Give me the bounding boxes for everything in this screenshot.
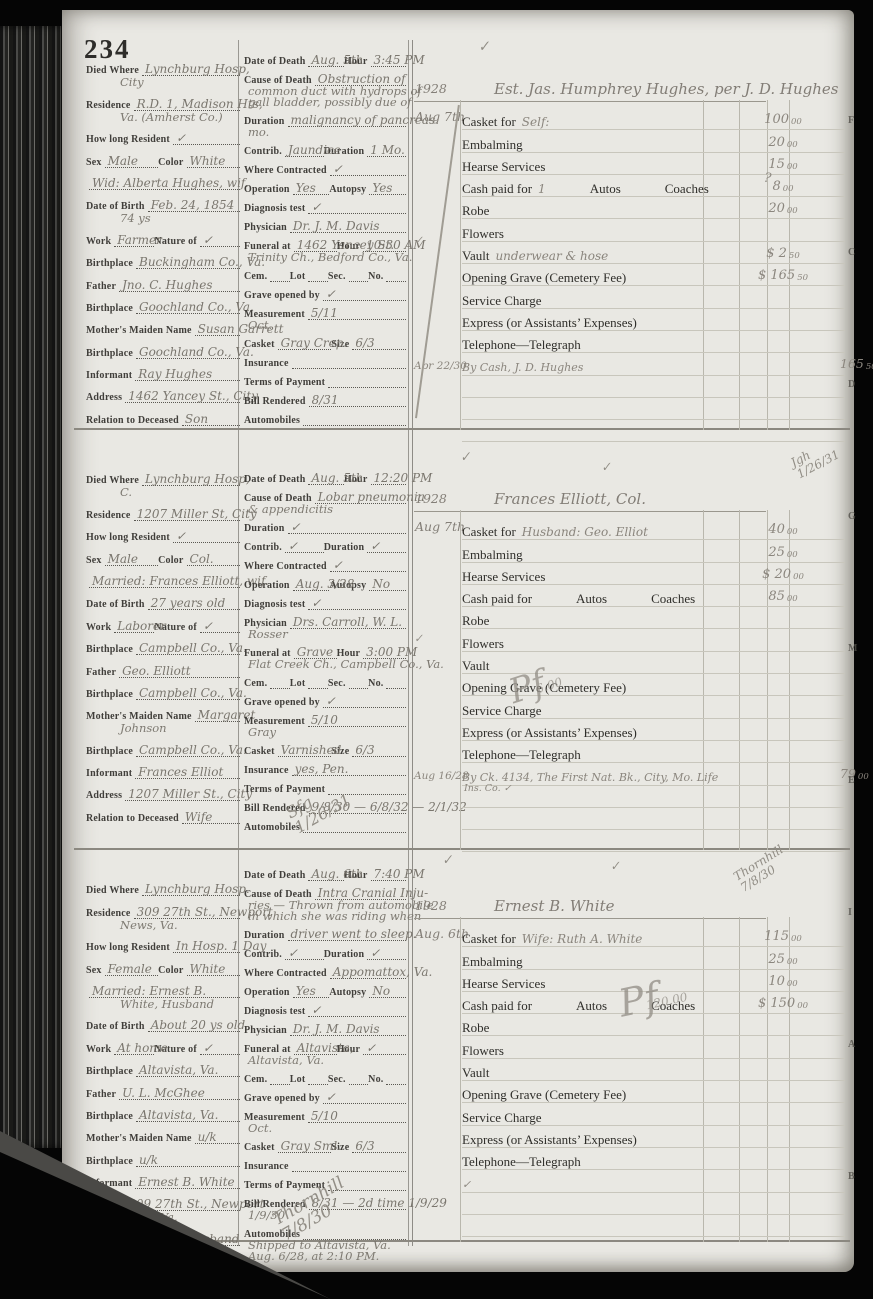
form-row: WorkLaborerNature of✓ xyxy=(86,610,240,632)
field-line: Lynchburg Hosp, xyxy=(142,472,240,486)
handwritten-value: ✓ xyxy=(203,234,213,246)
field-line: Yes xyxy=(369,181,406,195)
billing-year: 1928 xyxy=(415,81,447,96)
field-line xyxy=(270,268,290,282)
billing-item-row: Opening Grave (Cemetery Fee) xyxy=(462,1081,845,1103)
field-label: Insurance xyxy=(244,1161,289,1172)
field-line: No xyxy=(369,984,406,998)
billing-item-label: Telephone—Telegraph xyxy=(462,1155,581,1169)
amount-main: $ 150 xyxy=(758,996,795,1011)
handwritten-value: Gray Sml. xyxy=(281,1140,341,1152)
field-line: Goochland Co., Va. xyxy=(136,300,240,314)
field-line: About 20 ys old xyxy=(148,1018,240,1032)
handwritten-value: ✓ xyxy=(203,620,213,632)
field-line: Feb. 24, 1854 xyxy=(148,198,240,212)
handwritten-value: Aug. 6th xyxy=(311,868,363,880)
form-row: Died WhereLynchburg Hosp, xyxy=(86,464,240,486)
billing-item-row: Telephone—Telegraph xyxy=(462,331,845,353)
handwritten-value: Yes xyxy=(296,182,316,194)
field-line: yes, Pen. xyxy=(292,762,406,776)
form-row: FatherJno. C. Hughes xyxy=(86,269,240,291)
handwritten-continuation: 74 ys xyxy=(120,212,240,224)
handwritten-value: u/k xyxy=(198,1131,217,1143)
field-line: No xyxy=(369,577,406,591)
form-row: Terms of Payment xyxy=(244,369,406,388)
field-label: No. xyxy=(368,678,383,689)
handwritten-value: Laborer xyxy=(117,620,166,632)
billing-item-row: Express (or Assistants’ Expenses) xyxy=(462,1126,845,1148)
handwritten-value: ✓ xyxy=(203,1042,213,1054)
field-line: 1207 Miller St., City xyxy=(125,787,240,801)
billing-item-row: Robe2000 xyxy=(462,197,845,219)
field-line: Lobar pneumonia xyxy=(315,490,406,504)
field-line: Ray Hughes xyxy=(135,367,240,381)
form-row: InformantRay Hughes xyxy=(86,359,240,381)
form-row: Grave opened by✓ xyxy=(244,1085,406,1104)
field-label: Sex xyxy=(86,965,102,976)
next-page-letter: A xyxy=(848,1039,855,1050)
field-line xyxy=(386,675,406,689)
form-row: Where ContractedAppomattox, Va. xyxy=(244,960,406,979)
field-line: Ernest B. White xyxy=(135,1175,240,1189)
amount-value: $ 2000 xyxy=(750,568,816,583)
field-line: ✓ xyxy=(200,233,240,247)
handwritten-value: No xyxy=(372,985,390,997)
field-line: Husband xyxy=(182,1232,240,1246)
amount-cents: 50 xyxy=(789,251,800,261)
amount-value: 2000 xyxy=(750,202,816,217)
handwritten-value: ✓ xyxy=(370,947,380,959)
payment-date: Aug 16/28 xyxy=(414,770,469,782)
name-underline xyxy=(414,101,766,102)
billing-item-label: Autos xyxy=(590,182,621,196)
field-label: Cem. xyxy=(244,1074,267,1085)
billing-item-label: Opening Grave (Cemetery Fee) xyxy=(462,1088,626,1102)
form-row: Contrib.✓Duration✓ xyxy=(244,941,406,960)
form-row: Diagnosis test✓ xyxy=(244,195,406,214)
handwritten-note: Oct. xyxy=(248,320,406,331)
handwritten-value: ✓ xyxy=(288,947,298,959)
form-row: Died WhereLynchburg Hosp. xyxy=(86,874,240,896)
billing-item-label: Flowers xyxy=(462,227,504,241)
field-line: 10:30 AM xyxy=(363,238,406,252)
field-line: R.D. 1, Madison Hts, xyxy=(134,97,240,111)
billing-item-row: Embalming2500 xyxy=(462,947,845,969)
field-line: ✓ xyxy=(367,539,406,553)
field-label: Address xyxy=(86,790,122,801)
amount-cents: 00 xyxy=(787,979,798,989)
empty-ruled-row xyxy=(462,398,845,420)
field-line: Appomattox, Va. xyxy=(330,965,406,979)
billing-item-row: Casket forWife: Ruth A. White11500 xyxy=(462,925,845,947)
field-line: ✓ xyxy=(308,1003,406,1017)
handwritten-value: Son xyxy=(185,413,208,425)
form-row: BirthplaceAltavista, Va. xyxy=(86,1055,240,1077)
field-line: Yes xyxy=(293,181,330,195)
form-row: BirthplaceBuckingham Co., Va. xyxy=(86,247,240,269)
field-line: ✓ xyxy=(200,1041,240,1055)
amount-main: 115 xyxy=(764,929,789,944)
amount-main: 20 xyxy=(768,201,785,216)
field-label: Casket xyxy=(244,1142,275,1153)
handwritten-continuation: White, Husband xyxy=(120,998,240,1010)
field-line: Married: Ernest B. xyxy=(89,984,240,998)
field-line: ✓ xyxy=(308,596,406,610)
amount-cents: 00 xyxy=(787,206,798,216)
field-label: Where Contracted xyxy=(244,165,327,176)
payment-note: By Ck. 4134, The First Nat. Bk., City, M… xyxy=(462,772,718,783)
field-line: ✓ xyxy=(308,200,406,214)
handwritten-value: ✓ xyxy=(326,288,336,300)
billing-item-row: Flowers xyxy=(462,219,845,241)
field-label: Sex xyxy=(86,555,102,566)
amount-value: 8500 xyxy=(750,590,816,605)
field-label: Father xyxy=(86,1089,116,1100)
field-label: Grave opened by xyxy=(244,1093,320,1104)
handwritten-value: ✓ xyxy=(311,1004,321,1016)
field-line xyxy=(349,675,369,689)
handwritten-detail: Husband: Geo. Elliot xyxy=(522,526,648,539)
form-row: BirthplaceCampbell Co., Va. xyxy=(86,734,240,756)
field-label: Date of Birth xyxy=(86,599,145,610)
handwritten-value: Frances Elliot xyxy=(138,766,223,778)
form-row: WorkFarmerNature of✓ xyxy=(86,224,240,246)
handwritten-value: 5/10 xyxy=(311,714,338,726)
field-line: ✓ xyxy=(288,520,407,534)
field-label: Birthplace xyxy=(86,746,133,757)
handwritten-value: Wife xyxy=(185,811,213,823)
field-label: Bill Rendered xyxy=(244,396,306,407)
field-line: Col. xyxy=(187,552,240,566)
field-line: Frances Elliot xyxy=(135,765,240,779)
handwritten-value: Farmer xyxy=(117,234,162,246)
handwritten-value: Jaundice xyxy=(288,144,341,156)
billing-item-label: Vault xyxy=(462,1066,489,1080)
field-label: Mother's Maiden Name xyxy=(86,1133,192,1144)
billing-item-label: Autos xyxy=(576,999,607,1013)
form-row: Grave opened by✓ xyxy=(244,282,406,301)
field-line: Drs. Carroll, W. L. xyxy=(290,615,406,629)
billing-item-row: Flowers xyxy=(462,629,845,651)
field-label: Work xyxy=(86,622,111,633)
billing-item-label: Hearse Services xyxy=(462,977,545,991)
field-line: Aug. 5th xyxy=(308,53,343,67)
handwritten-continuation: News, Va. xyxy=(120,1211,240,1223)
form-row: Insurance xyxy=(244,350,406,369)
form-row: ResidenceR.D. 1, Madison Hts, xyxy=(86,88,240,110)
field-line: Aug. 3/28 xyxy=(293,577,330,591)
field-label: Color xyxy=(158,555,183,566)
form-row: BirthplaceGoochland Co., Va. xyxy=(86,292,240,314)
amount-value: 10000 xyxy=(750,113,816,128)
field-label: Contrib. xyxy=(244,146,282,157)
handwritten-value: ✓ xyxy=(288,540,298,552)
handwritten-value: 3:00 PM xyxy=(366,646,417,658)
billing-item-label: Embalming xyxy=(462,955,523,969)
field-label: How long Resident xyxy=(86,942,170,953)
billing-item-label: Express (or Assistants’ Expenses) xyxy=(462,316,637,330)
handwritten-value: ✓ xyxy=(176,530,186,542)
form-row: Cem.LotSec.No. xyxy=(244,670,406,689)
field-label: Relation to Deceased xyxy=(86,415,179,426)
field-label: Duration xyxy=(244,523,285,534)
field-line: Jaundice xyxy=(285,143,324,157)
billing-item-row: Hearse Services$ 2000 xyxy=(462,563,845,585)
field-label: Cem. xyxy=(244,271,267,282)
field-line: Aug. 5th xyxy=(308,471,343,485)
billing-item-row: Telephone—Telegraph xyxy=(462,1148,845,1170)
field-label: Mother's Maiden Name xyxy=(86,325,192,336)
handwritten-value: Dr. J. M. Davis xyxy=(293,1023,380,1035)
handwritten-value: ✓ xyxy=(333,559,343,571)
handwritten-value: Married: Ernest B. xyxy=(92,985,206,997)
form-row: Duration✓ xyxy=(244,515,406,534)
form-row: Where Contracted✓ xyxy=(244,157,406,176)
field-line: u/k xyxy=(136,1153,240,1167)
billing-item-label: Cash paid for xyxy=(462,999,532,1013)
next-page-letter: M xyxy=(848,643,857,654)
form-row: PhysicianDr. J. M. Davis xyxy=(244,1017,406,1036)
handwritten-value: Lynchburg Hosp, xyxy=(145,473,250,485)
next-page-letter: G xyxy=(848,511,856,522)
field-line: 3:00 PM xyxy=(363,645,406,659)
deceased-name: Ernest B. White xyxy=(494,897,615,915)
field-line: At home xyxy=(114,1041,154,1055)
handwritten-value: ✓ xyxy=(370,540,380,552)
field-line xyxy=(303,412,406,426)
field-label: Relation to Deceased xyxy=(86,1235,179,1246)
handwritten-value: ✓ xyxy=(366,1042,376,1054)
form-row: Address1462 Yancey St., City xyxy=(86,381,240,403)
billing-item-row: Cash paid forAutosCoaches8500 xyxy=(462,585,845,607)
billing-item-row: Service Charge xyxy=(462,1103,845,1125)
form-row: Cem.LotSec.No. xyxy=(244,1066,406,1085)
field-label: Date of Birth xyxy=(86,1021,145,1032)
handwritten-value: Jno. C. Hughes xyxy=(122,279,212,291)
form-row: Wid: Alberta Hughes, wif. xyxy=(86,168,240,190)
form-row: SexMaleColorCol. xyxy=(86,543,240,565)
payment-row: Aug 16/28By Ck. 4134, The First Nat. Bk.… xyxy=(462,763,845,785)
handwritten-value: Female xyxy=(108,963,152,975)
form-row: WorkAt homeNature of✓ xyxy=(86,1032,240,1054)
field-label: Residence xyxy=(86,510,131,521)
field-line: 309 27th St., Newport xyxy=(125,1197,240,1211)
pencil-annotation: ✓ xyxy=(414,235,424,247)
billing-section: 1928Frances Elliott, Col.Aug 7thCasket f… xyxy=(412,430,845,850)
form-row: InformantFrances Elliot xyxy=(86,757,240,779)
field-label: Insurance xyxy=(244,765,289,776)
form-row: CasketGray Crep.Size6/3 xyxy=(244,331,406,350)
handwritten-continuation: Johnson xyxy=(120,722,240,734)
billing-item-row: Cash paid for1AutosCoaches800 xyxy=(462,175,845,197)
field-line: Grave xyxy=(294,645,337,659)
billing-item-label: Coaches xyxy=(665,182,709,196)
field-label: Birthplace xyxy=(86,348,133,359)
field-label: Address xyxy=(86,392,122,403)
handwritten-note: gall bladder, possibly due of xyxy=(248,97,406,108)
field-line: Altavista, xyxy=(294,1041,337,1055)
field-line: 1462 Yancey St., City xyxy=(125,389,240,403)
field-label: Where Contracted xyxy=(244,561,327,572)
handwritten-value: ✓ xyxy=(311,597,321,609)
field-line: Altavista, Va. xyxy=(136,1108,240,1122)
payment-row: ✓ xyxy=(462,1170,845,1192)
billing-year: 1928 xyxy=(415,491,447,506)
payment-row: Apr 22/30By Cash, J. D. Hughes16550 xyxy=(462,353,845,375)
record-3: Died WhereLynchburg Hosp.Residence309 27… xyxy=(62,850,854,1272)
field-label: Sec. xyxy=(328,1074,346,1085)
field-line xyxy=(308,675,328,689)
field-line: 309 27th St., Newport xyxy=(134,905,240,919)
billing-item-label: Express (or Assistants’ Expenses) xyxy=(462,726,637,740)
field-line: Aug. 6th xyxy=(308,867,343,881)
field-label: Father xyxy=(86,281,116,292)
field-label: Informant xyxy=(86,768,132,779)
billing-item-row: Service Charge xyxy=(462,286,845,308)
form-row: Where Contracted✓ xyxy=(244,553,406,572)
form-row: CasketVarnishedSize6/3 xyxy=(244,738,406,757)
field-label: Duration xyxy=(324,949,365,960)
form-row: Bill Rendered8/31 xyxy=(244,388,406,407)
amount-main: 85 xyxy=(768,589,785,604)
field-label: Date of Death xyxy=(244,474,305,485)
form-row: SexFemaleColorWhite xyxy=(86,953,240,975)
next-page-letter: E xyxy=(848,775,855,786)
form-row: How long Resident✓ xyxy=(86,123,240,145)
field-line: Wid: Alberta Hughes, wif. xyxy=(89,176,240,190)
field-line: 7:40 PM xyxy=(371,867,406,881)
billing-section: 1928Est. Jas. Humphrey Hughes, per J. D.… xyxy=(412,38,845,430)
handwritten-value: Drs. Carroll, W. L. xyxy=(293,616,402,628)
field-line: Margaret xyxy=(195,708,240,722)
billing-item-label: Opening Grave (Cemetery Fee) xyxy=(462,271,626,285)
handwritten-value: Altavista, Va. xyxy=(139,1064,218,1076)
field-label: Cem. xyxy=(244,678,267,689)
form-row: Insurance xyxy=(244,1153,406,1172)
handwritten-value: 6/3 xyxy=(355,1140,374,1152)
form-row: Cem.LotSec.No. xyxy=(244,263,406,282)
billing-rows: Casket forSelf:10000Embalming2000Hearse … xyxy=(462,108,845,442)
amount-cents: 50 xyxy=(797,273,808,283)
handwritten-value: Wid: Alberta Hughes, wif. xyxy=(92,177,249,189)
left-field-column: Died WhereLynchburg Hosp.Residence309 27… xyxy=(86,874,240,1246)
billing-item-row: Express (or Assistants’ Expenses) xyxy=(462,309,845,331)
billing-item-label: Vault xyxy=(462,249,489,263)
handwritten-value: Varnished xyxy=(281,744,342,756)
amount-value: 2500 xyxy=(750,546,816,561)
field-label: Work xyxy=(86,236,111,247)
field-line: Gray Crep. xyxy=(278,336,332,350)
handwritten-value: Married: Frances Elliott, wif. xyxy=(92,575,269,587)
field-label: Contrib. xyxy=(244,542,282,553)
form-row: FatherGeo. Elliott xyxy=(86,655,240,677)
handwritten-continuation: C. xyxy=(120,486,240,498)
billing-item-label: Express (or Assistants’ Expenses) xyxy=(462,1133,637,1147)
field-label: No. xyxy=(368,1074,383,1085)
amount-value: 1000 xyxy=(750,975,816,990)
amount-cents: 00 xyxy=(793,572,804,582)
amount-cents: 00 xyxy=(791,934,802,944)
billing-item-label: Autos xyxy=(576,592,607,606)
field-line: Lynchburg Hosp. xyxy=(142,882,240,896)
amount-value: 11500 xyxy=(750,930,816,945)
amount-main: 8 xyxy=(772,179,780,194)
next-page-letter: I xyxy=(848,907,852,918)
handwritten-value: Ernest B. White xyxy=(138,1176,234,1188)
field-label: Lot xyxy=(290,271,306,282)
amount-cents: 00 xyxy=(783,184,794,194)
field-label: Operation xyxy=(244,987,290,998)
field-label: Where Contracted xyxy=(244,968,327,979)
field-line xyxy=(303,1226,406,1240)
handwritten-note: Aug. 6/28, at 2:10 PM. xyxy=(248,1251,406,1262)
form-row: PhysicianDr. J. M. Davis xyxy=(244,214,406,233)
handwritten-note: & appendicitis xyxy=(248,504,406,515)
handwritten-value: U. L. McGhee xyxy=(122,1087,205,1099)
field-line xyxy=(349,268,369,282)
handwritten-note: Trinity Ch., Bedford Co., Va. xyxy=(248,252,406,263)
handwritten-value: ✓ xyxy=(176,132,186,144)
amount-main: 20 xyxy=(768,135,785,150)
handwritten-value: Goochland Co., Va. xyxy=(139,301,254,313)
field-label: Contrib. xyxy=(244,949,282,960)
name-underline xyxy=(414,918,766,919)
field-line: 6/3 xyxy=(352,336,406,350)
pencil-annotation: ✓ xyxy=(459,450,472,465)
field-line: In Hosp. 1 Day xyxy=(173,939,240,953)
billing-item-label: Telephone—Telegraph xyxy=(462,748,581,762)
handwritten-note: Flat Creek Ch., Campbell Co., Va. xyxy=(248,659,406,670)
amount-value: 4000 xyxy=(750,523,816,538)
name-underline xyxy=(414,511,766,512)
handwritten-value: Grave xyxy=(297,646,333,658)
field-line: Geo. Elliott xyxy=(119,664,240,678)
field-label: Birthplace xyxy=(86,1156,133,1167)
field-line: Gray Sml. xyxy=(278,1139,332,1153)
handwritten-value: At home xyxy=(117,1042,168,1054)
field-label: Diagnosis test xyxy=(244,1006,305,1017)
form-row: Residence309 27th St., Newport xyxy=(86,896,240,918)
field-line: Buckingham Co., Va. xyxy=(136,255,240,269)
field-line: 5/11 xyxy=(308,306,406,320)
field-line: 8/31 xyxy=(309,393,406,407)
field-label: Birthplace xyxy=(86,1066,133,1077)
amount-cents: 50 xyxy=(866,362,873,372)
billing-item-row: Hearse Services1500 xyxy=(462,153,845,175)
field-label: Diagnosis test xyxy=(244,203,305,214)
billing-item-label: Casket for xyxy=(462,932,516,946)
billing-item-row: Robe xyxy=(462,607,845,629)
field-line: ✓ xyxy=(200,619,240,633)
field-label: Operation xyxy=(244,580,290,591)
handwritten-value: 6/3 xyxy=(355,337,374,349)
handwritten-value: driver went to sleep. xyxy=(291,928,417,940)
field-line: 5/10 xyxy=(308,1109,406,1123)
handwritten-continuation: Va. (Amherst Co.) xyxy=(120,111,240,123)
field-label: Birthplace xyxy=(86,303,133,314)
middle-field-column: Date of DeathAug. 5thHour12:20 PMCause o… xyxy=(244,466,406,833)
billing-item-label: Cash paid for xyxy=(462,592,532,606)
field-line: White xyxy=(187,962,240,976)
empty-ruled-row xyxy=(462,786,845,808)
field-label: Work xyxy=(86,1044,111,1055)
form-row: Mother's Maiden NameMargaret xyxy=(86,700,240,722)
handwritten-note: mo. xyxy=(248,127,406,138)
field-label: Diagnosis test xyxy=(244,599,305,610)
form-row: OperationYesAutopsyNo xyxy=(244,979,406,998)
handwritten-value: 1207 Miller St., City xyxy=(128,788,252,800)
amount-main: 25 xyxy=(768,545,785,560)
